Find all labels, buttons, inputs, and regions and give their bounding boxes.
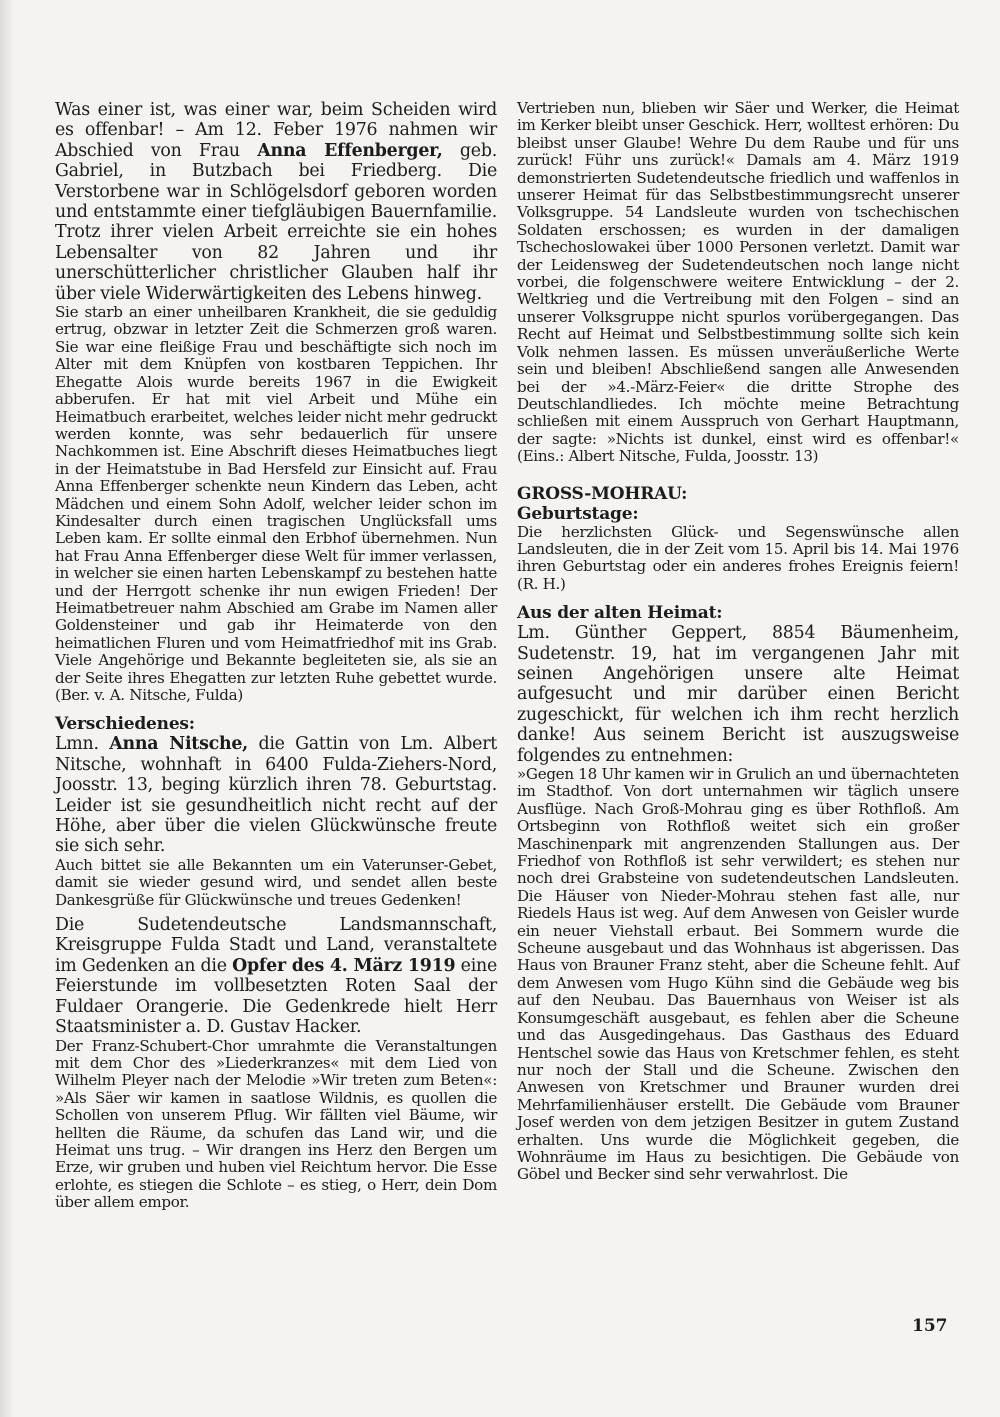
subheading-aus-der-alten-heimat: Aus der alten Heimat: bbox=[517, 603, 959, 623]
nitsche-birthday-paragraph: Lmn. Anna Nitsche, die Gattin von Lm. Al… bbox=[55, 734, 497, 856]
page-number: 157 bbox=[912, 1316, 948, 1336]
left-column: Was einer ist, was einer war, beim Schei… bbox=[55, 100, 497, 1212]
obituary-intro: Was einer ist, was einer war, beim Schei… bbox=[55, 100, 497, 304]
travel-report-paragraph: »Gegen 18 Uhr kamen wir in Grulich an un… bbox=[517, 766, 959, 1184]
section-heading-verschiedenes: Verschiedenes: bbox=[55, 714, 497, 734]
deceased-name: Anna Effenberger, bbox=[257, 141, 442, 161]
prayer-request-paragraph: Auch bittet sie alle Bekannten um ein Va… bbox=[55, 857, 497, 909]
birthday-greetings-paragraph: Die herzlichsten Glück- und Segenswünsch… bbox=[517, 524, 959, 594]
person-name: Anna Nitsche, bbox=[109, 734, 248, 754]
choir-paragraph: Der Franz-Schubert-Chor umrahmte die Ver… bbox=[55, 1038, 497, 1212]
continuation-paragraph: Vertrieben nun, blieben wir Säer und Wer… bbox=[517, 100, 959, 466]
commemoration-title: Opfer des 4. März 1919 bbox=[232, 956, 455, 976]
right-column: Vertrieben nun, blieben wir Säer und Wer… bbox=[517, 100, 959, 1184]
geppert-intro-paragraph: Lm. Günther Geppert, 8854 Bäumenheim, Su… bbox=[517, 623, 959, 766]
section-heading-gross-mohrau: GROSS-MOHRAU: bbox=[517, 484, 959, 504]
subheading-geburtstage: Geburtstage: bbox=[517, 504, 959, 524]
commemoration-paragraph: Die Sudetendeutsche Landsmannschaft, Kre… bbox=[55, 915, 497, 1037]
page-edge-shadow bbox=[0, 0, 14, 1417]
obituary-body: Sie starb an einer unheilbaren Krankheit… bbox=[55, 304, 497, 704]
